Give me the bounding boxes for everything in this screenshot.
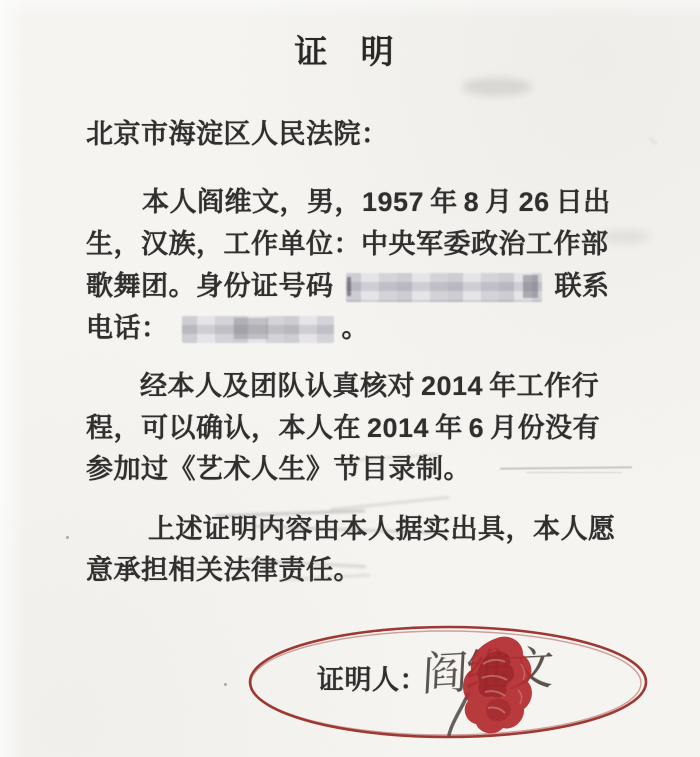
paragraph2-line1: 经本人及团队认真核对 2014 年工作行	[140, 370, 599, 402]
paragraph3-line2: 意承担相关法律责任。	[86, 554, 361, 586]
scan-speck	[224, 683, 227, 686]
paragraph2-line2: 程，可以确认，本人在 2014 年 6 月份没有	[86, 412, 600, 444]
scan-speck	[66, 536, 69, 539]
paragraph1-line4: 电话： 。	[86, 312, 369, 344]
paragraph2-line3: 参加过《艺术人生》节目录制。	[86, 453, 471, 485]
scanned-certificate-page: 证 明 北京市海淀区人民法院： 本人阎维文，男，1957 年 8 月 26 日出…	[0, 0, 700, 757]
red-thumbprint-seal	[458, 634, 550, 738]
document-title: 证 明	[0, 26, 700, 73]
id-number-label: 歌舞团。身份证号码	[86, 270, 334, 302]
phone-label: 电话：	[86, 312, 169, 344]
scan-smudge	[462, 78, 532, 96]
contact-label: 联系	[555, 270, 610, 302]
paragraph1-line3: 歌舞团。身份证号码 联系	[86, 270, 610, 302]
addressee-line: 北京市海淀区人民法院：	[86, 118, 389, 150]
paragraph1-line1: 本人阎维文，男，1957 年 8 月 26 日出	[142, 186, 611, 218]
pencil-line	[526, 472, 622, 473]
scan-smudge	[600, 230, 650, 244]
sentence-period: 。	[342, 312, 370, 344]
paragraph1-line2: 生，汉族，工作单位：中央军委政治工作部	[86, 228, 609, 260]
redacted-id-number	[346, 273, 542, 302]
redacted-phone-number	[182, 316, 334, 343]
